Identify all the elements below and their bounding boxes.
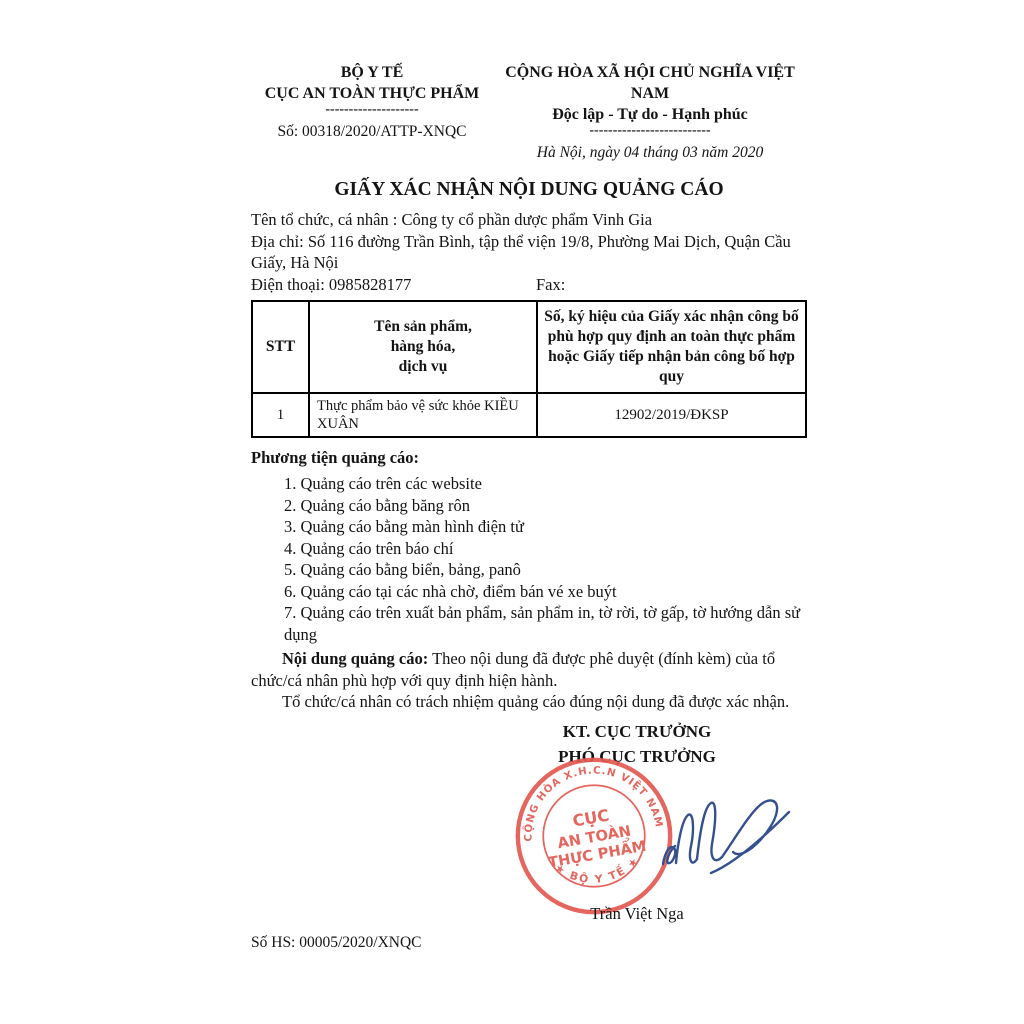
document-page: BỘ Y TẾ CỤC AN TOÀN THỰC PHẨM ----------… bbox=[0, 0, 1024, 1024]
media-section-heading: Phương tiện quảng cáo: bbox=[251, 448, 807, 468]
list-item: 7. Quảng cáo trên xuất bản phẩm, sản phẩ… bbox=[284, 602, 807, 645]
document-content: BỘ Y TẾ CỤC AN TOÀN THỰC PHẨM ----------… bbox=[251, 62, 807, 954]
advert-content-paragraph: Nội dung quảng cáo: Theo nội dung đã đượ… bbox=[251, 648, 807, 691]
row-index: 1 bbox=[252, 393, 309, 437]
signature-icon bbox=[649, 774, 795, 894]
list-item: 3. Quảng cáo bằng màn hình điện tử bbox=[284, 516, 807, 538]
handwritten-signature bbox=[649, 774, 795, 894]
national-motto: Độc lập - Tự do - Hạnh phúc bbox=[493, 104, 807, 125]
organization-name: Tên tổ chức, cá nhân : Công ty cổ phần d… bbox=[251, 209, 807, 231]
list-item: 2. Quảng cáo bằng băng rôn bbox=[284, 495, 807, 517]
table-header-row: STT Tên sản phẩm, hàng hóa, dịch vụ Số, … bbox=[252, 301, 806, 393]
national-motto-block: CỘNG HÒA XÃ HỘI CHỦ NGHĨA VIỆT NAM Độc l… bbox=[493, 62, 807, 162]
list-item: 4. Quảng cáo trên báo chí bbox=[284, 538, 807, 560]
advert-content-label: Nội dung quảng cáo: bbox=[282, 649, 428, 668]
certificate-number: 12902/2019/ĐKSP bbox=[537, 393, 806, 437]
document-header: BỘ Y TẾ CỤC AN TOÀN THỰC PHẨM ----------… bbox=[251, 62, 807, 162]
column-header-certificate: Số, ký hiệu của Giấy xác nhận công bố ph… bbox=[537, 301, 806, 393]
department-name: CỤC AN TOÀN THỰC PHẨM bbox=[251, 83, 493, 104]
list-item: 1. Quảng cáo trên các website bbox=[284, 473, 807, 495]
product-name: Thực phẩm bảo vệ sức khỏe KIỀU XUÂN bbox=[309, 393, 537, 437]
table-row: 1 Thực phẩm bảo vệ sức khỏe KIỀU XUÂN 12… bbox=[252, 393, 806, 437]
document-number: Số: 00318/2020/ATTP-XNQC bbox=[251, 123, 493, 141]
signer-name: Trần Việt Nga bbox=[487, 904, 787, 924]
phone-number: Điện thoại: 0985828177 bbox=[251, 274, 536, 296]
media-list: 1. Quảng cáo trên các website 2. Quảng c… bbox=[251, 473, 807, 645]
column-header-stt: STT bbox=[252, 301, 309, 393]
issuing-agency-block: BỘ Y TẾ CỤC AN TOÀN THỰC PHẨM ----------… bbox=[251, 62, 493, 162]
phone-fax-row: Điện thoại: 0985828177 Fax: bbox=[251, 274, 807, 296]
left-divider: -------------------- bbox=[251, 104, 493, 116]
list-item: 6. Quảng cáo tại các nhà chờ, điểm bán v… bbox=[284, 581, 807, 603]
organization-address: Địa chỉ: Số 116 đường Trần Bình, tập thể… bbox=[251, 231, 807, 274]
fax-label: Fax: bbox=[536, 274, 565, 296]
products-table: STT Tên sản phẩm, hàng hóa, dịch vụ Số, … bbox=[251, 300, 807, 438]
responsibility-paragraph: Tổ chức/cá nhân có trách nhiệm quảng cáo… bbox=[251, 691, 807, 713]
signature-area: KT. CỤC TRƯỞNG PHÓ CỤC TRƯỞNG CỘNG H bbox=[251, 722, 807, 954]
right-divider: -------------------------- bbox=[493, 125, 807, 137]
national-title: CỘNG HÒA XÃ HỘI CHỦ NGHĨA VIỆT NAM bbox=[493, 62, 807, 104]
list-item: 5. Quảng cáo bằng biển, bảng, panô bbox=[284, 559, 807, 581]
signer-title-1: KT. CỤC TRƯỞNG bbox=[487, 722, 787, 742]
ministry-name: BỘ Y TẾ bbox=[251, 62, 493, 83]
column-header-product: Tên sản phẩm, hàng hóa, dịch vụ bbox=[309, 301, 537, 393]
document-title: GIẤY XÁC NHẬN NỘI DUNG QUẢNG CÁO bbox=[251, 179, 807, 201]
issue-date: Hà Nội, ngày 04 tháng 03 năm 2020 bbox=[493, 144, 807, 162]
file-reference-number: Số HS: 00005/2020/XNQC bbox=[251, 934, 422, 952]
